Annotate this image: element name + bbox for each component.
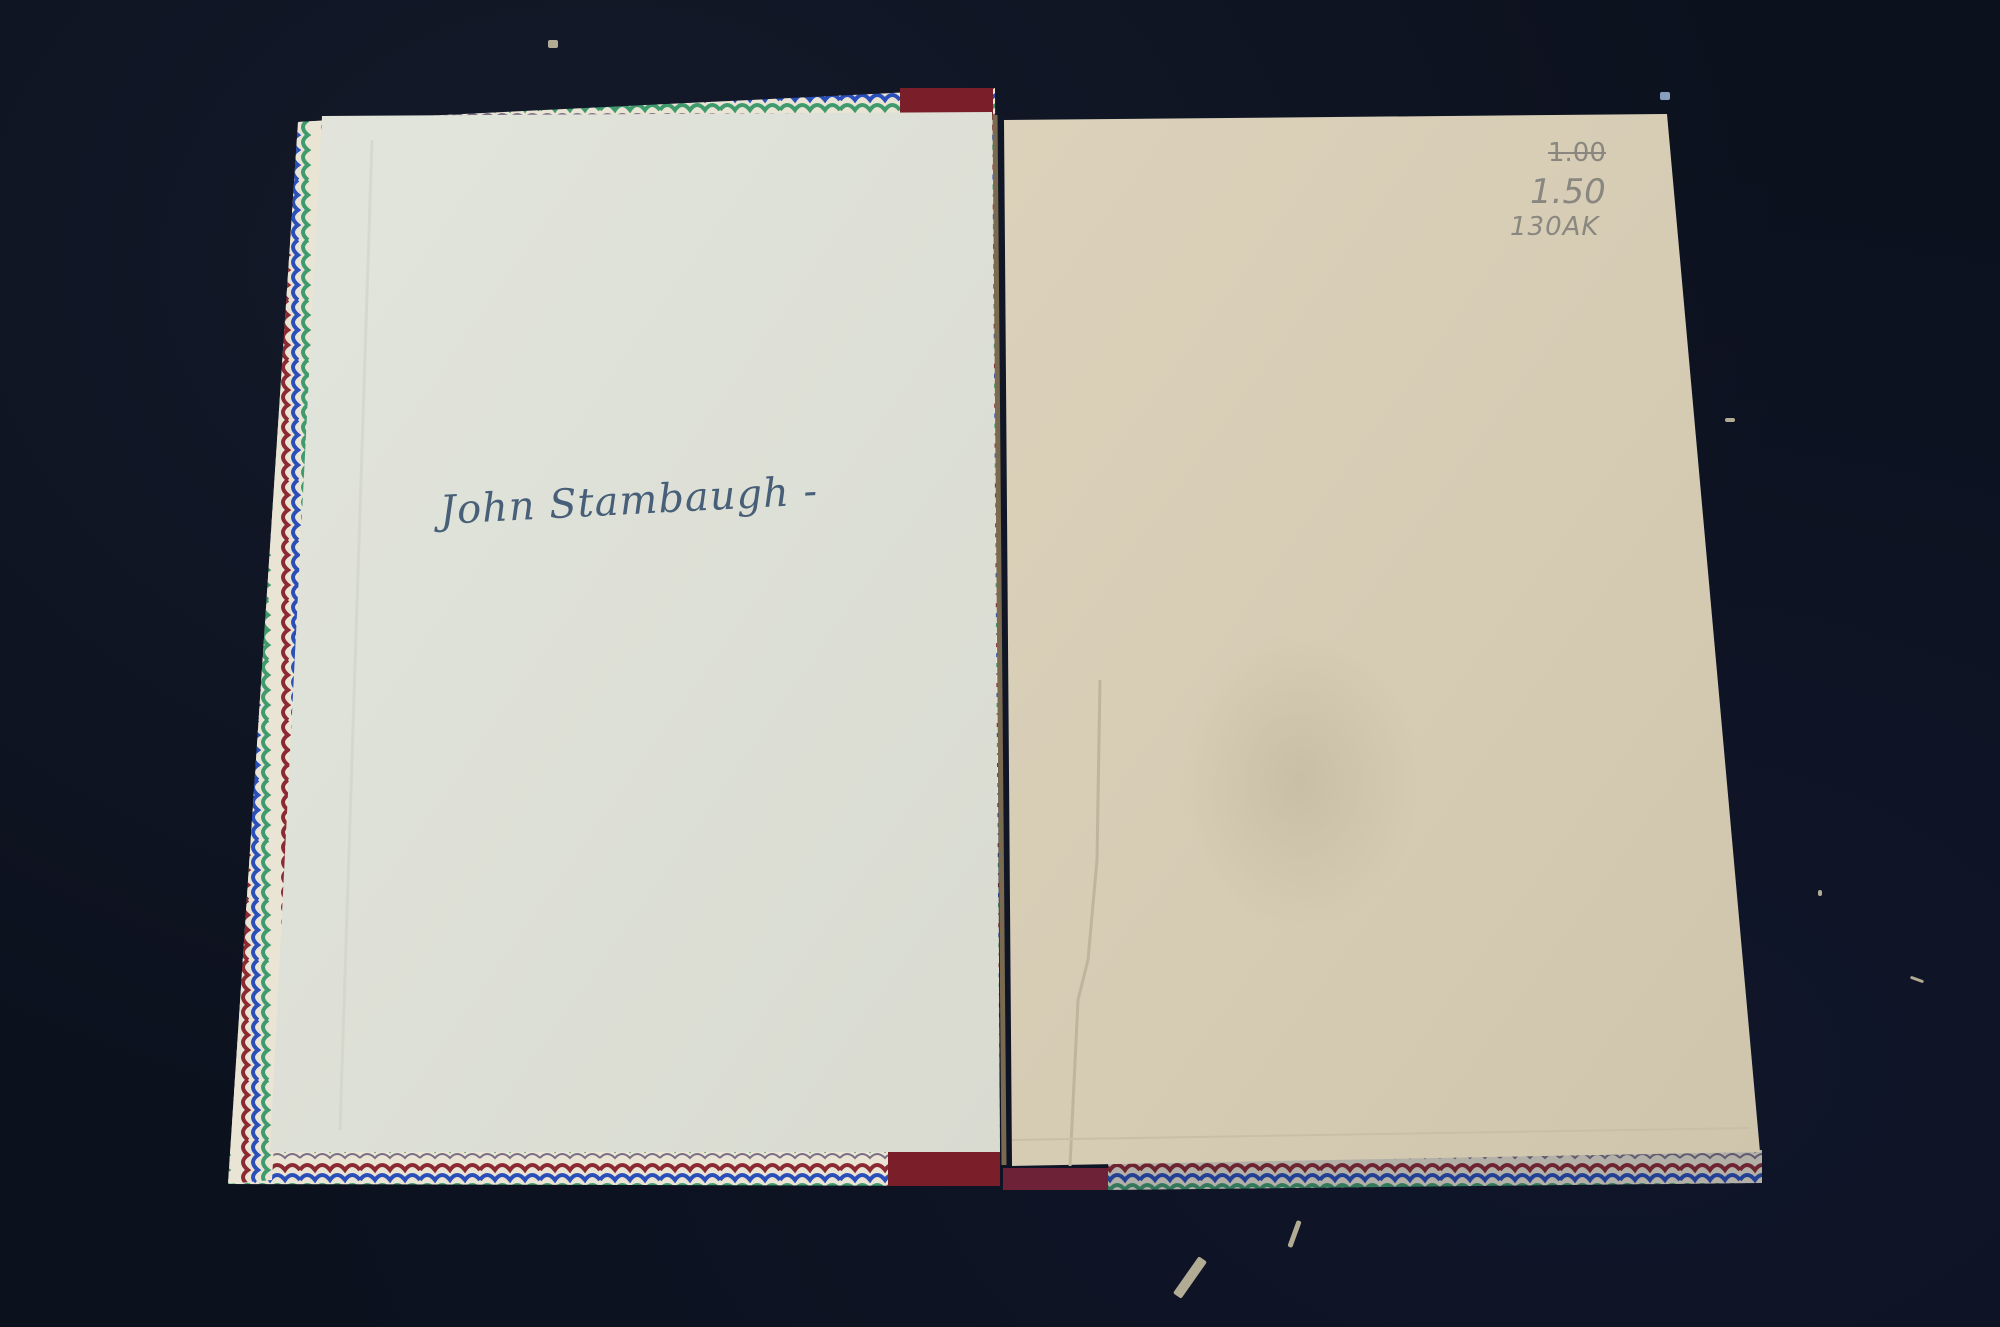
right-free-endpaper: [1004, 114, 1760, 1166]
spine-bottom-red-left: [888, 1152, 1000, 1186]
book-illustration: [0, 0, 2000, 1327]
photo-scene: John Stambaugh - 1.00 1.50 130AK: [0, 0, 2000, 1327]
price-note: 1.50: [1530, 172, 1606, 212]
left-pastedown-page: [270, 112, 1000, 1152]
inventory-code-note: 130AK: [1510, 212, 1599, 242]
spine-bottom-red-right: [1003, 1168, 1108, 1190]
struck-price-note: 1.00: [1548, 138, 1606, 168]
